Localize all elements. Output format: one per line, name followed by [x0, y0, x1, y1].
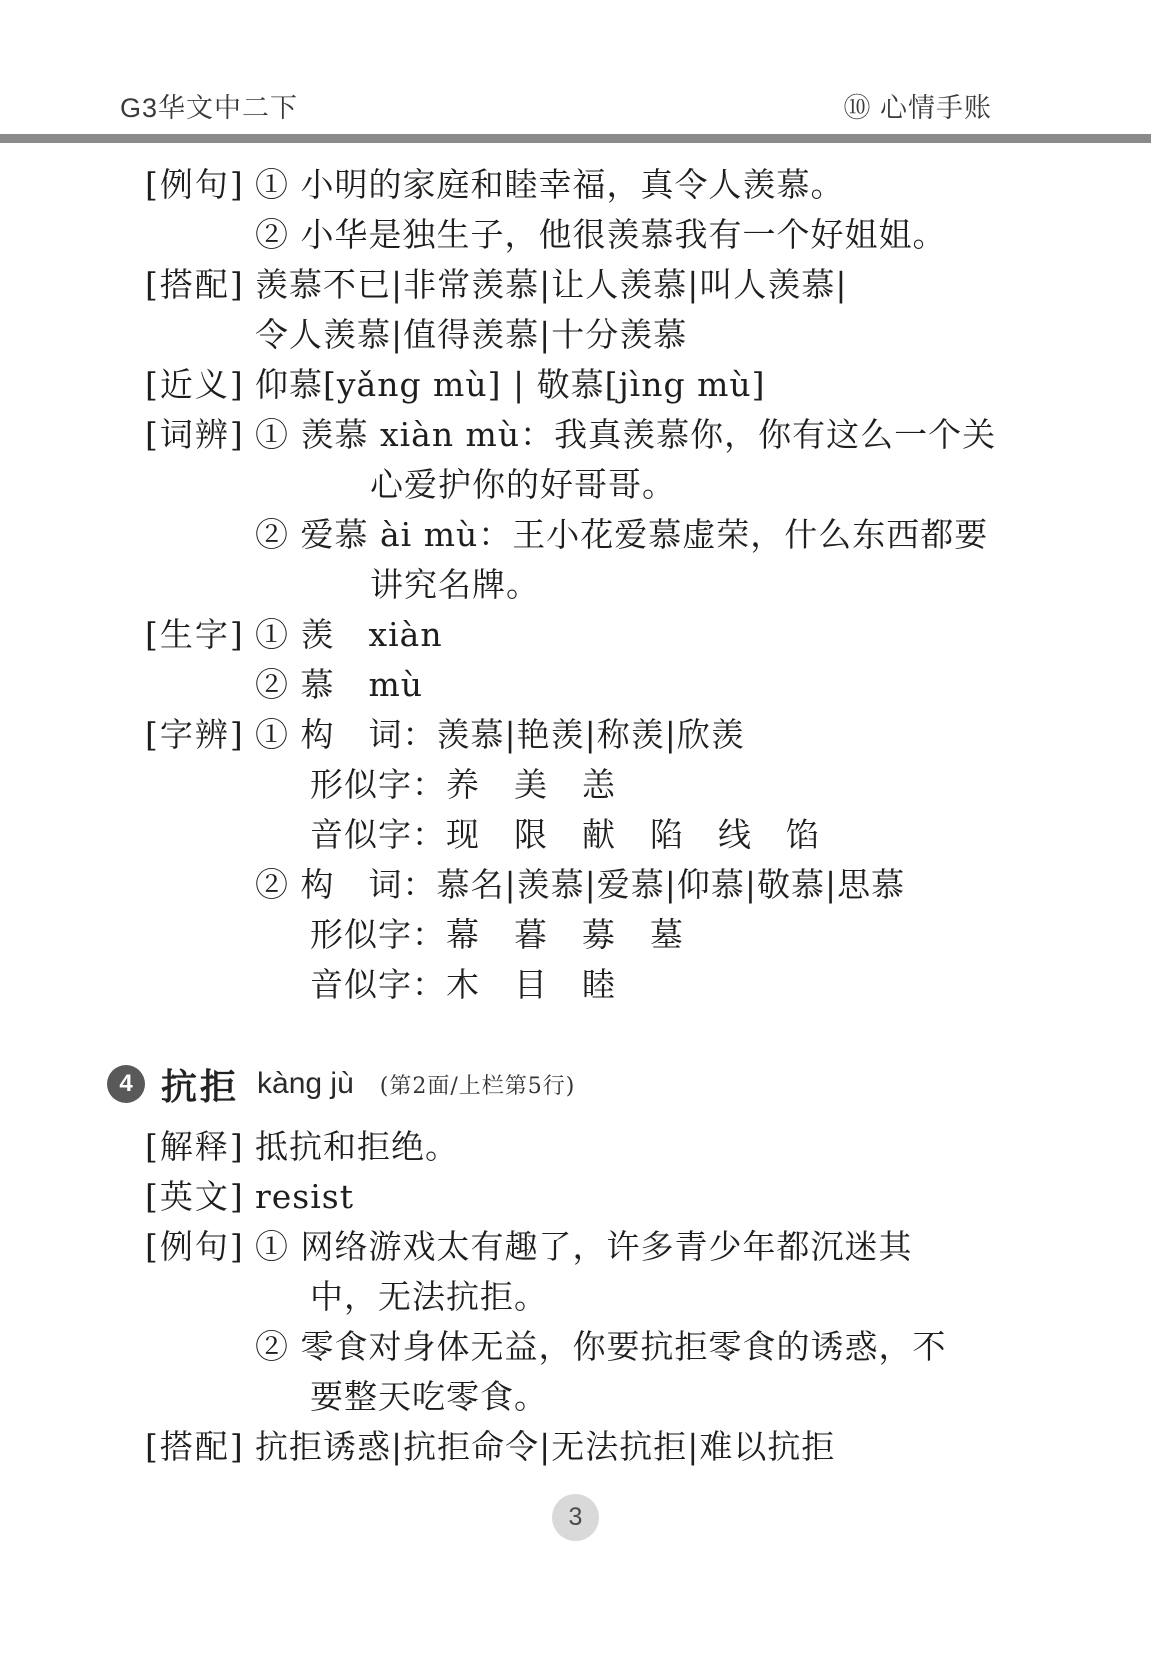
dict-row: [近义]仰慕[yǎng mù] | 敬慕[jìng mù]	[145, 360, 1085, 410]
row-text: 羡慕不已|非常羡慕|让人羡慕|叫人羡慕|	[255, 260, 847, 310]
dict-row: [搭配]抗拒诱惑|抗拒命令|无法抗拒|难以抗拒	[145, 1422, 1085, 1472]
dict-row: [搭配]羡慕不已|非常羡慕|让人羡慕|叫人羡慕|	[145, 260, 1085, 310]
section-label: [字辨]	[145, 710, 255, 760]
dict-row: 中，无法抗拒。	[145, 1272, 1085, 1322]
row-text: 抵抗和拒绝。	[255, 1122, 459, 1172]
section-label: [生字]	[145, 610, 255, 660]
row-text: resist	[255, 1172, 354, 1222]
dict-row: 讲究名牌。	[145, 560, 1085, 610]
dict-row: [生字]① 羡 xiàn	[145, 610, 1085, 660]
row-text: ① 构 词：羡慕|艳羡|称羡|欣羡	[255, 710, 745, 760]
row-text: ② 爱慕 ài mù：王小花爱慕虚荣，什么东西都要	[255, 510, 988, 560]
row-text: 仰慕[yǎng mù] | 敬慕[jìng mù]	[255, 360, 766, 410]
row-text: ② 小华是独生子，他很羡慕我有一个好姐姐。	[255, 210, 947, 260]
dict-row: 形似字：养 美 恙	[145, 760, 1085, 810]
section-label: [搭配]	[145, 260, 255, 310]
dict-row: [字辨]① 构 词：羡慕|艳羡|称羡|欣羡	[145, 710, 1085, 760]
row-text: ② 构 词：慕名|羡慕|爱慕|仰慕|敬慕|思慕	[255, 860, 905, 910]
row-text: ① 羡 xiàn	[255, 610, 443, 660]
dict-row: 形似字：幕 暮 募 墓	[145, 910, 1085, 960]
dict-row: 令人羡慕|值得羡慕|十分羡慕	[145, 310, 1085, 360]
entry-kangju-section: [解释]抵抗和拒绝。[英文]resist[例句]① 网络游戏太有趣了，许多青少年…	[145, 1122, 1085, 1472]
row-text: 令人羡慕|值得羡慕|十分羡慕	[255, 310, 687, 360]
row-text: 形似字：养 美 恙	[255, 760, 616, 810]
row-text: ② 零食对身体无益，你要抗拒零食的诱惑，不	[255, 1322, 947, 1372]
dict-row: 音似字：木 目 睦	[145, 960, 1085, 1010]
section-label: [词辨]	[145, 410, 255, 460]
entry-number-badge: 4	[107, 1065, 145, 1103]
entry-word: 抗拒	[161, 1059, 239, 1110]
row-text: 心爱护你的好哥哥。	[255, 460, 676, 510]
row-text: ① 网络游戏太有趣了，许多青少年都沉迷其	[255, 1222, 913, 1272]
dict-row: ② 爱慕 ài mù：王小花爱慕虚荣，什么东西都要	[145, 510, 1085, 560]
row-text: 抗拒诱惑|抗拒命令|无法抗拒|难以抗拒	[255, 1422, 835, 1472]
row-text: ② 慕 mù	[255, 660, 423, 710]
entry-location-ref: (第2面/上栏第5行)	[380, 1069, 576, 1100]
page-number-badge: 3	[552, 1494, 599, 1541]
section-label: [搭配]	[145, 1422, 255, 1472]
entry-kangju-heading: 4 抗拒 kàng jù (第2面/上栏第5行)	[107, 1056, 1085, 1112]
dictionary-content: [例句]① 小明的家庭和睦幸福，真令人羡慕。② 小华是独生子，他很羡慕我有一个好…	[145, 160, 1085, 1472]
dict-row: ② 小华是独生子，他很羡慕我有一个好姐姐。	[145, 210, 1085, 260]
section-label: [近义]	[145, 360, 255, 410]
dict-row: [例句]① 小明的家庭和睦幸福，真令人羡慕。	[145, 160, 1085, 210]
dict-row: [词辨]① 羡慕 xiàn mù：我真羡慕你，你有这么一个关	[145, 410, 1085, 460]
section-label: [例句]	[145, 1222, 255, 1272]
entry-xianmu-section: [例句]① 小明的家庭和睦幸福，真令人羡慕。② 小华是独生子，他很羡慕我有一个好…	[145, 160, 1085, 1010]
dict-row: [解释]抵抗和拒绝。	[145, 1122, 1085, 1172]
textbook-page: G3华文中二下 ⑩ 心情手账 [例句]① 小明的家庭和睦幸福，真令人羡慕。② 小…	[0, 0, 1151, 1653]
dict-row: 心爱护你的好哥哥。	[145, 460, 1085, 510]
dict-row: ② 慕 mù	[145, 660, 1085, 710]
section-label: [例句]	[145, 160, 255, 210]
header-divider-bar	[0, 134, 1151, 143]
row-text: ① 小明的家庭和睦幸福，真令人羡慕。	[255, 160, 845, 210]
row-text: 音似字：现 限 献 陷 线 馅	[255, 810, 820, 860]
row-text: 要整天吃零食。	[255, 1372, 548, 1422]
section-label: [解释]	[145, 1122, 255, 1172]
row-text: 中，无法抗拒。	[255, 1272, 548, 1322]
section-label: [英文]	[145, 1172, 255, 1222]
row-text: ① 羡慕 xiàn mù：我真羡慕你，你有这么一个关	[255, 410, 996, 460]
dict-row: [例句]① 网络游戏太有趣了，许多青少年都沉迷其	[145, 1222, 1085, 1272]
header-chapter-title: ⑩ 心情手账	[843, 86, 992, 125]
dict-row: 要整天吃零食。	[145, 1372, 1085, 1422]
entry-pinyin: kàng jù	[257, 1067, 354, 1101]
dict-row: [英文]resist	[145, 1172, 1085, 1222]
dict-row: 音似字：现 限 献 陷 线 馅	[145, 810, 1085, 860]
dict-row: ② 零食对身体无益，你要抗拒零食的诱惑，不	[145, 1322, 1085, 1372]
row-text: 讲究名牌。	[255, 560, 540, 610]
page-header: G3华文中二下 ⑩ 心情手账	[120, 86, 992, 125]
row-text: 音似字：木 目 睦	[255, 960, 616, 1010]
row-text: 形似字：幕 暮 募 墓	[255, 910, 684, 960]
header-book-title: G3华文中二下	[120, 86, 298, 125]
page-number: 3	[569, 1503, 583, 1532]
dict-row: ② 构 词：慕名|羡慕|爱慕|仰慕|敬慕|思慕	[145, 860, 1085, 910]
